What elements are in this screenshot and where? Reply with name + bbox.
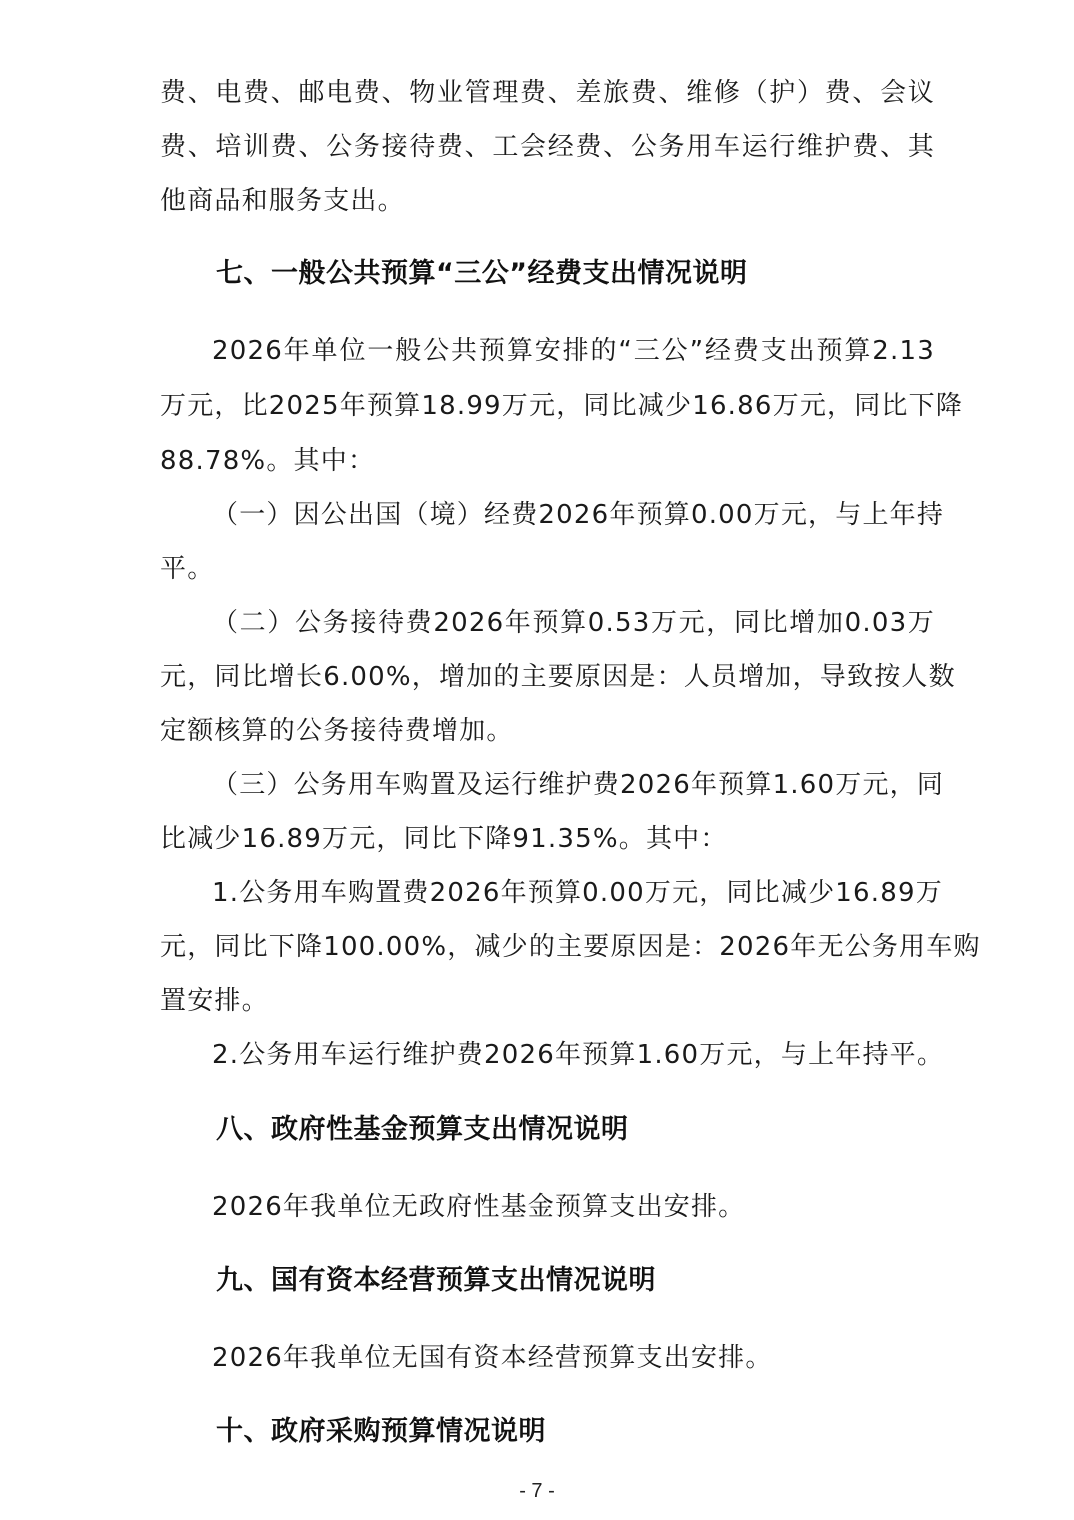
item1-line-1: （一）因公出国（境）经费2026年预算0.00万元，与上年持: [212, 498, 935, 532]
section9-body: 2026年我单位无国有资本经营预算支出安排。: [212, 1341, 935, 1375]
item1-line-2: 平。: [160, 552, 935, 586]
sub1-line-3: 置安排。: [160, 984, 935, 1018]
document-page: 费、电费、邮电费、物业管理费、差旅费、维修（护）费、会议 费、培训费、公务接待费…: [0, 0, 1074, 1520]
intro-line-2: 费、培训费、公务接待费、工会经费、公务用车运行维护费、其: [160, 130, 935, 164]
intro-line-3: 他商品和服务支出。: [160, 184, 935, 218]
sub2-line-1: 2.公务用车运行维护费2026年预算1.60万元，与上年持平。: [212, 1038, 935, 1072]
section8-heading: 八、政府性基金预算支出情况说明: [216, 1112, 629, 1148]
item3-line-2: 比减少16.89万元，同比下降91.35%。其中：: [160, 822, 935, 856]
sub1-line-2: 元，同比下降100.00%，减少的主要原因是：2026年无公务用车购: [160, 930, 935, 964]
section7-summary-line-3: 88.78%。其中：: [160, 444, 935, 478]
section9-heading: 九、国有资本经营预算支出情况说明: [216, 1263, 656, 1299]
item2-line-3: 定额核算的公务接待费增加。: [160, 714, 935, 748]
intro-line-1: 费、电费、邮电费、物业管理费、差旅费、维修（护）费、会议: [160, 76, 935, 110]
page-number: - 7 -: [0, 1478, 1074, 1504]
section10-heading: 十、政府采购预算情况说明: [216, 1414, 546, 1450]
section7-heading: 七、一般公共预算“三公”经费支出情况说明: [216, 256, 748, 292]
section7-summary-line-1: 2026年单位一般公共预算安排的“三公”经费支出预算2.13: [212, 334, 935, 368]
item2-line-1: （二）公务接待费2026年预算0.53万元，同比增加0.03万: [212, 606, 935, 640]
section8-body: 2026年我单位无政府性基金预算支出安排。: [212, 1190, 935, 1224]
sub1-line-1: 1.公务用车购置费2026年预算0.00万元，同比减少16.89万: [212, 876, 935, 910]
item3-line-1: （三）公务用车购置及运行维护费2026年预算1.60万元，同: [212, 768, 935, 802]
section7-summary-line-2: 万元，比2025年预算18.99万元，同比减少16.86万元，同比下降: [160, 389, 935, 423]
item2-line-2: 元，同比增长6.00%，增加的主要原因是：人员增加，导致按人数: [160, 660, 935, 694]
